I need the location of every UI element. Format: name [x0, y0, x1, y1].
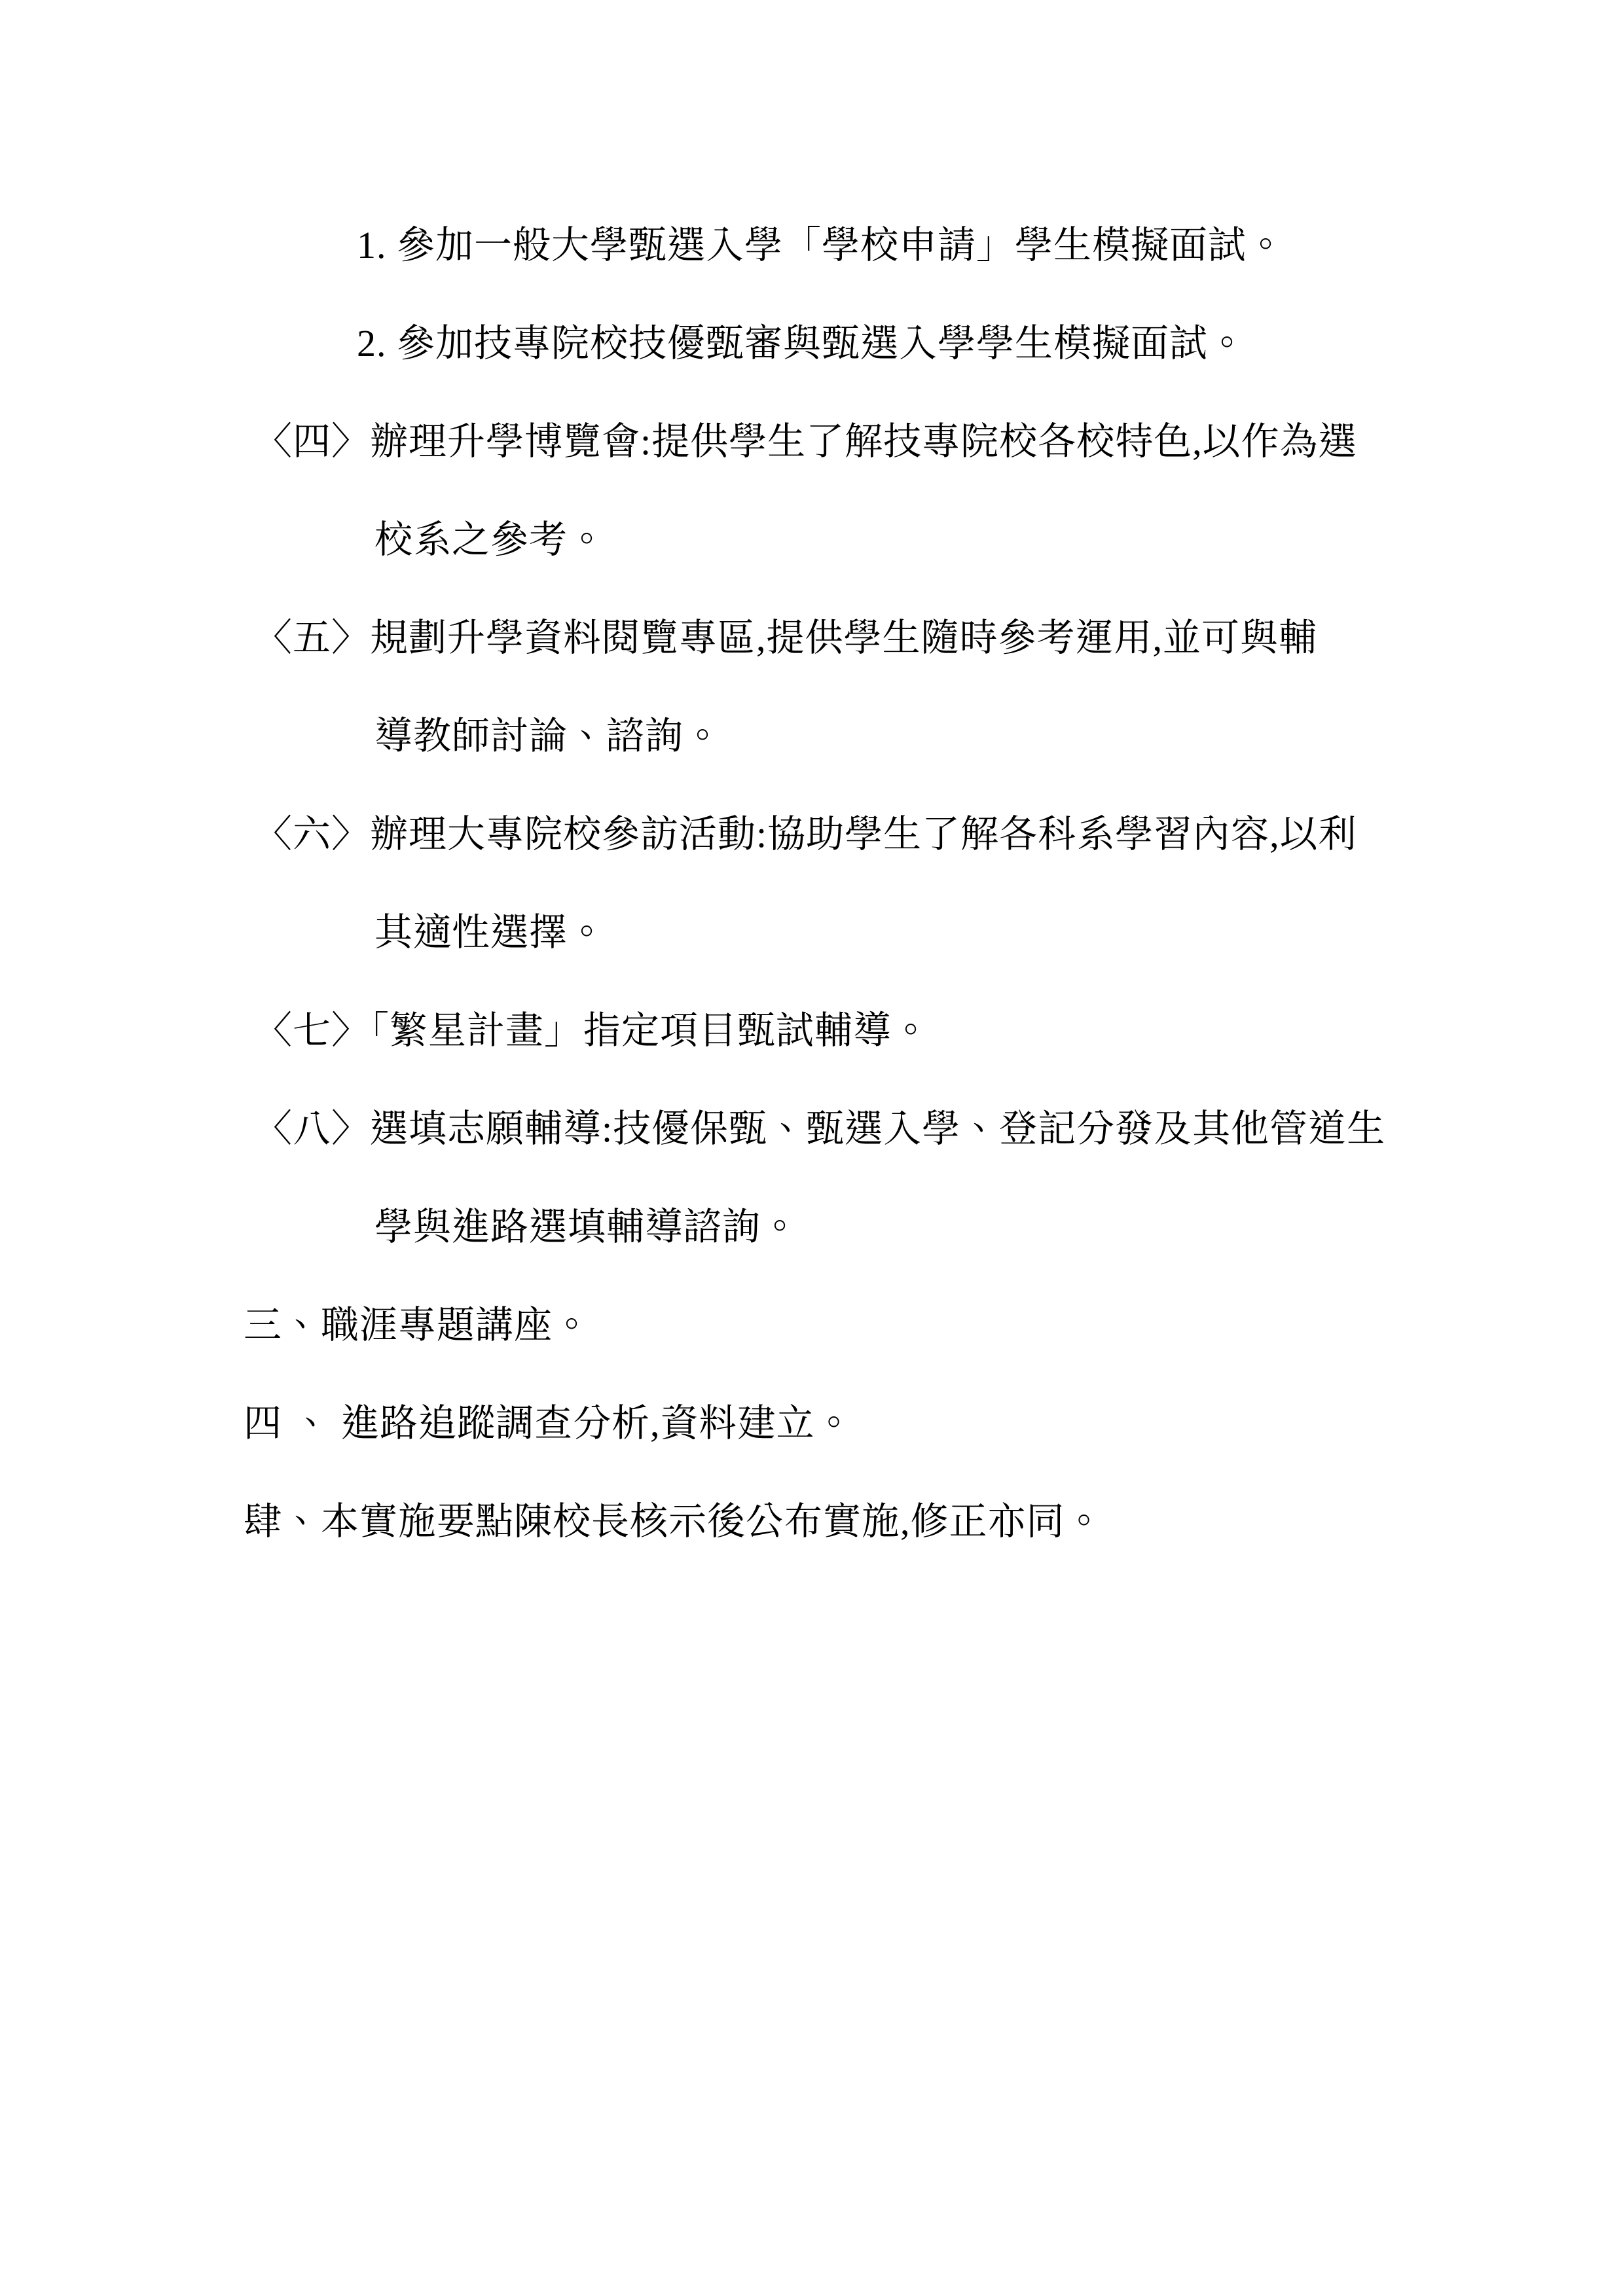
bracket-item-5-line-2: 導教師討論、諮詢。	[0, 687, 1623, 785]
bracket-item-5-line-1: 〈五〉規劃升學資料閱覽專區,提供學生隨時參考運用,並可與輔	[0, 589, 1623, 687]
bracket-item-7: 〈七〉「繁星計畫」指定項目甄試輔導。	[0, 982, 1623, 1080]
bracket-item-8-line-1: 〈八〉選填志願輔導:技優保甄、甄選入學、登記分發及其他管道生	[0, 1080, 1623, 1178]
section-item-si: 肆、本實施要點陳校長核示後公布實施,修正亦同。	[0, 1473, 1623, 1571]
numbered-item-1: 1. 參加一般大學甄選入學「學校申請」學生模擬面試。	[0, 196, 1623, 295]
section-item-3: 三、職涯專題講座。	[0, 1276, 1623, 1374]
bracket-item-6-line-2: 其適性選擇。	[0, 884, 1623, 982]
numbered-item-2: 2. 參加技專院校技優甄審與甄選入學學生模擬面試。	[0, 295, 1623, 393]
bracket-item-4-line-2: 校系之參考。	[0, 491, 1623, 589]
bracket-item-6-line-1: 〈六〉辦理大專院校參訪活動:協助學生了解各科系學習內容,以利	[0, 785, 1623, 884]
document-page: 1. 參加一般大學甄選入學「學校申請」學生模擬面試。 2. 參加技專院校技優甄審…	[0, 0, 1623, 2296]
bracket-item-4-line-1: 〈四〉辦理升學博覽會:提供學生了解技專院校各校特色,以作為選	[0, 393, 1623, 491]
document-body: 1. 參加一般大學甄選入學「學校申請」學生模擬面試。 2. 參加技專院校技優甄審…	[0, 196, 1623, 1571]
section-item-4: 四 、 進路追蹤調查分析,資料建立。	[0, 1374, 1623, 1473]
bracket-item-8-line-2: 學與進路選填輔導諮詢。	[0, 1178, 1623, 1276]
